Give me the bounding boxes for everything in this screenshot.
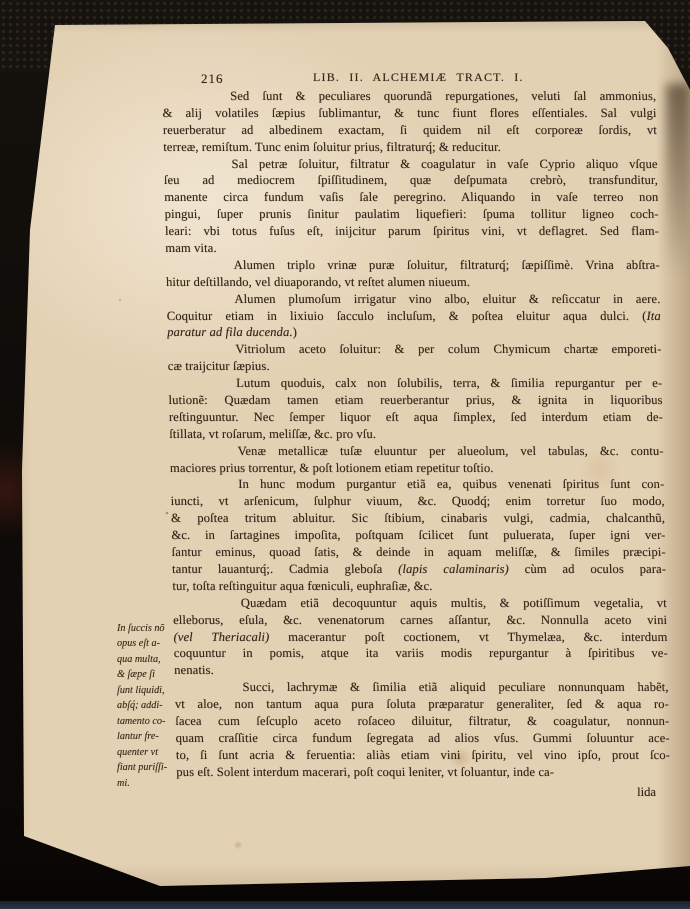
text-line: cæ traijcitur ſæpius. <box>168 358 662 375</box>
running-title: LIB. II. ALCHEMIÆ TRACT. I. <box>313 70 524 85</box>
text-column: Sed ſunt & peculiares quorundã repurgati… <box>162 88 671 781</box>
text-line: ſacea cum ſeſcuplo aceto roſaceo diluitu… <box>175 713 669 730</box>
catchword: lida <box>162 784 656 801</box>
paragraph: Sal petræ ſoluitur, filtratur & coagulat… <box>163 156 659 257</box>
text-line: reuerberatur ad albedinem exactam, ſi qu… <box>163 122 657 139</box>
text-line: Sal petræ ſoluitur, filtratur & coagulat… <box>163 156 657 173</box>
text-line: elleborus, eſula, &c. venenatorum carnes… <box>173 612 667 629</box>
text-line: Coquitur etiam in lixiuio ſacculo incluſ… <box>167 308 661 325</box>
paragraph: Alumen plumoſum irrigatur vino albo, elu… <box>166 291 661 342</box>
margin-note-line: opus eſt a- <box>117 636 179 651</box>
paragraph: Alumen triplo vrinæ puræ ſoluitur, filtr… <box>166 257 661 291</box>
text-line: to, ſi ſunt acria & feruentia: aliàs eti… <box>176 747 670 764</box>
text-line: leari: vbi totus fuſus eſt, inijcitur pa… <box>165 223 659 240</box>
text-line: ſeu ad mediocrem ſpiſſitudinem, quæ deſp… <box>164 172 658 189</box>
text-line: coquuntur in pomis, atque ita variis mod… <box>174 645 668 662</box>
text-line: pus eſt. Solent interdum macerari, poſt … <box>176 764 670 781</box>
text-line: ſtillata, vt roſarum, meliſſæ, &c. pro v… <box>169 426 663 443</box>
paragraph: In hunc modum purgantur etiã ea, quibus … <box>170 476 666 594</box>
paragraph: Sed ſunt & peculiares quorundã repurgati… <box>162 88 657 156</box>
paragraph: Lutum quoduis, calx non ſolubilis, terra… <box>168 375 663 443</box>
text-line: (vel Theriacali) macerantur poſt coction… <box>173 629 667 646</box>
paragraph: Venæ metallicæ tuſæ eluuntur per alueolu… <box>169 443 664 477</box>
text-line: paratur ad fila ducenda.) <box>167 324 661 341</box>
text-line: Lutum quoduis, calx non ſolubilis, terra… <box>168 375 662 392</box>
text-line: iuncti, vt arſenicum, ſulphur viuum, &c.… <box>170 493 664 510</box>
text-line: Vitriolum aceto ſoluitur: & per colum Ch… <box>167 341 661 358</box>
margin-note-line: lantur fre- <box>117 729 179 744</box>
margin-note-line: qua multa, <box>117 652 179 667</box>
margin-note-line: mi. <box>117 776 179 791</box>
text-line: tur, toſta reſtinguitur aqua fœniculi, e… <box>172 578 666 595</box>
text-line: &c. in ſartagines impoſita, poſtquam ſci… <box>171 527 665 544</box>
text-line: In hunc modum purgantur etiã ea, quibus … <box>170 476 664 493</box>
text-line: mam vita. <box>165 240 659 257</box>
margin-note: In ſuccis nõopus eſt a-qua multa,& ſæpe … <box>117 621 179 791</box>
text-line: pingui, ſuper prunis ſinitur paulatim li… <box>164 206 658 223</box>
text-line: Venæ metallicæ tuſæ eluuntur per alueolu… <box>169 443 663 460</box>
text-line: quam craſſitie circa fundum ſegregata ad… <box>175 730 669 747</box>
text-line: maciores prius torrentur, & poſt lotione… <box>170 460 664 477</box>
text-line: vt aloe, non tantum aqua pura ſoluta præ… <box>175 696 669 713</box>
text-line: Alumen triplo vrinæ puræ ſoluitur, filtr… <box>166 257 660 274</box>
margin-note-line: tamento co- <box>117 714 179 729</box>
page-number: 216 <box>201 71 224 87</box>
scanner-edge-strip <box>0 901 690 909</box>
text-line: hitur deſtillando, vel diuaporando, vt r… <box>166 274 660 291</box>
margin-note-line: abſq́; addi- <box>117 698 179 713</box>
margin-note-line: In ſuccis nõ <box>117 621 179 636</box>
text-line: Alumen plumoſum irrigatur vino albo, elu… <box>166 291 660 308</box>
text-line: & poſtea tritum abluitur. Sic ſtibium, c… <box>171 510 665 527</box>
margin-note-line: quenter vt <box>117 745 179 760</box>
text-line: Quædam etiã decoquuntur aquis multis, & … <box>173 595 667 612</box>
paragraph: Vitriolum aceto ſoluitur: & per colum Ch… <box>167 341 662 375</box>
paragraph: Succi, lachrymæ & ſimilia etiã aliquid p… <box>174 679 670 780</box>
text-line: tantur lauanturq́;. Cadmia gleboſa (lapi… <box>172 561 666 578</box>
page-scan: 216 LIB. II. ALCHEMIÆ TRACT. I. Sed ſunt… <box>0 0 690 909</box>
text-line: terreæ, remiſtum. Tunc enim ſoluitur pri… <box>163 139 657 156</box>
text-line: lutionẽ: Quædam tamen etiam reuerberantu… <box>168 392 662 409</box>
text-line: ſantur eminus, quoad ſatis, & deinde in … <box>172 544 666 561</box>
text-line: reſtinguuntur. Nec ſemper liquor eſt aqu… <box>169 409 663 426</box>
body-text: Sed ſunt & peculiares quorundã repurgati… <box>162 88 671 781</box>
text-line: manente circa fundum vaſis ſale peregrin… <box>164 189 658 206</box>
page-edge-shadow <box>666 84 690 274</box>
paragraph: Quædam etiã decoquuntur aquis multis, & … <box>173 595 669 679</box>
text-line: Sed ſunt & peculiares quorundã repurgati… <box>162 88 656 105</box>
text-line: Succi, lachrymæ & ſimilia etiã aliquid p… <box>174 679 668 696</box>
margin-note-line: fiant puriſſi- <box>117 760 179 775</box>
text-line: & alij volatiles ſæpius ſublimantur, & t… <box>162 105 656 122</box>
margin-note-line: & ſæpe ſi <box>117 667 179 682</box>
margin-note-line: ſunt liquidi, <box>117 683 179 698</box>
text-line: nenatis. <box>174 662 668 679</box>
